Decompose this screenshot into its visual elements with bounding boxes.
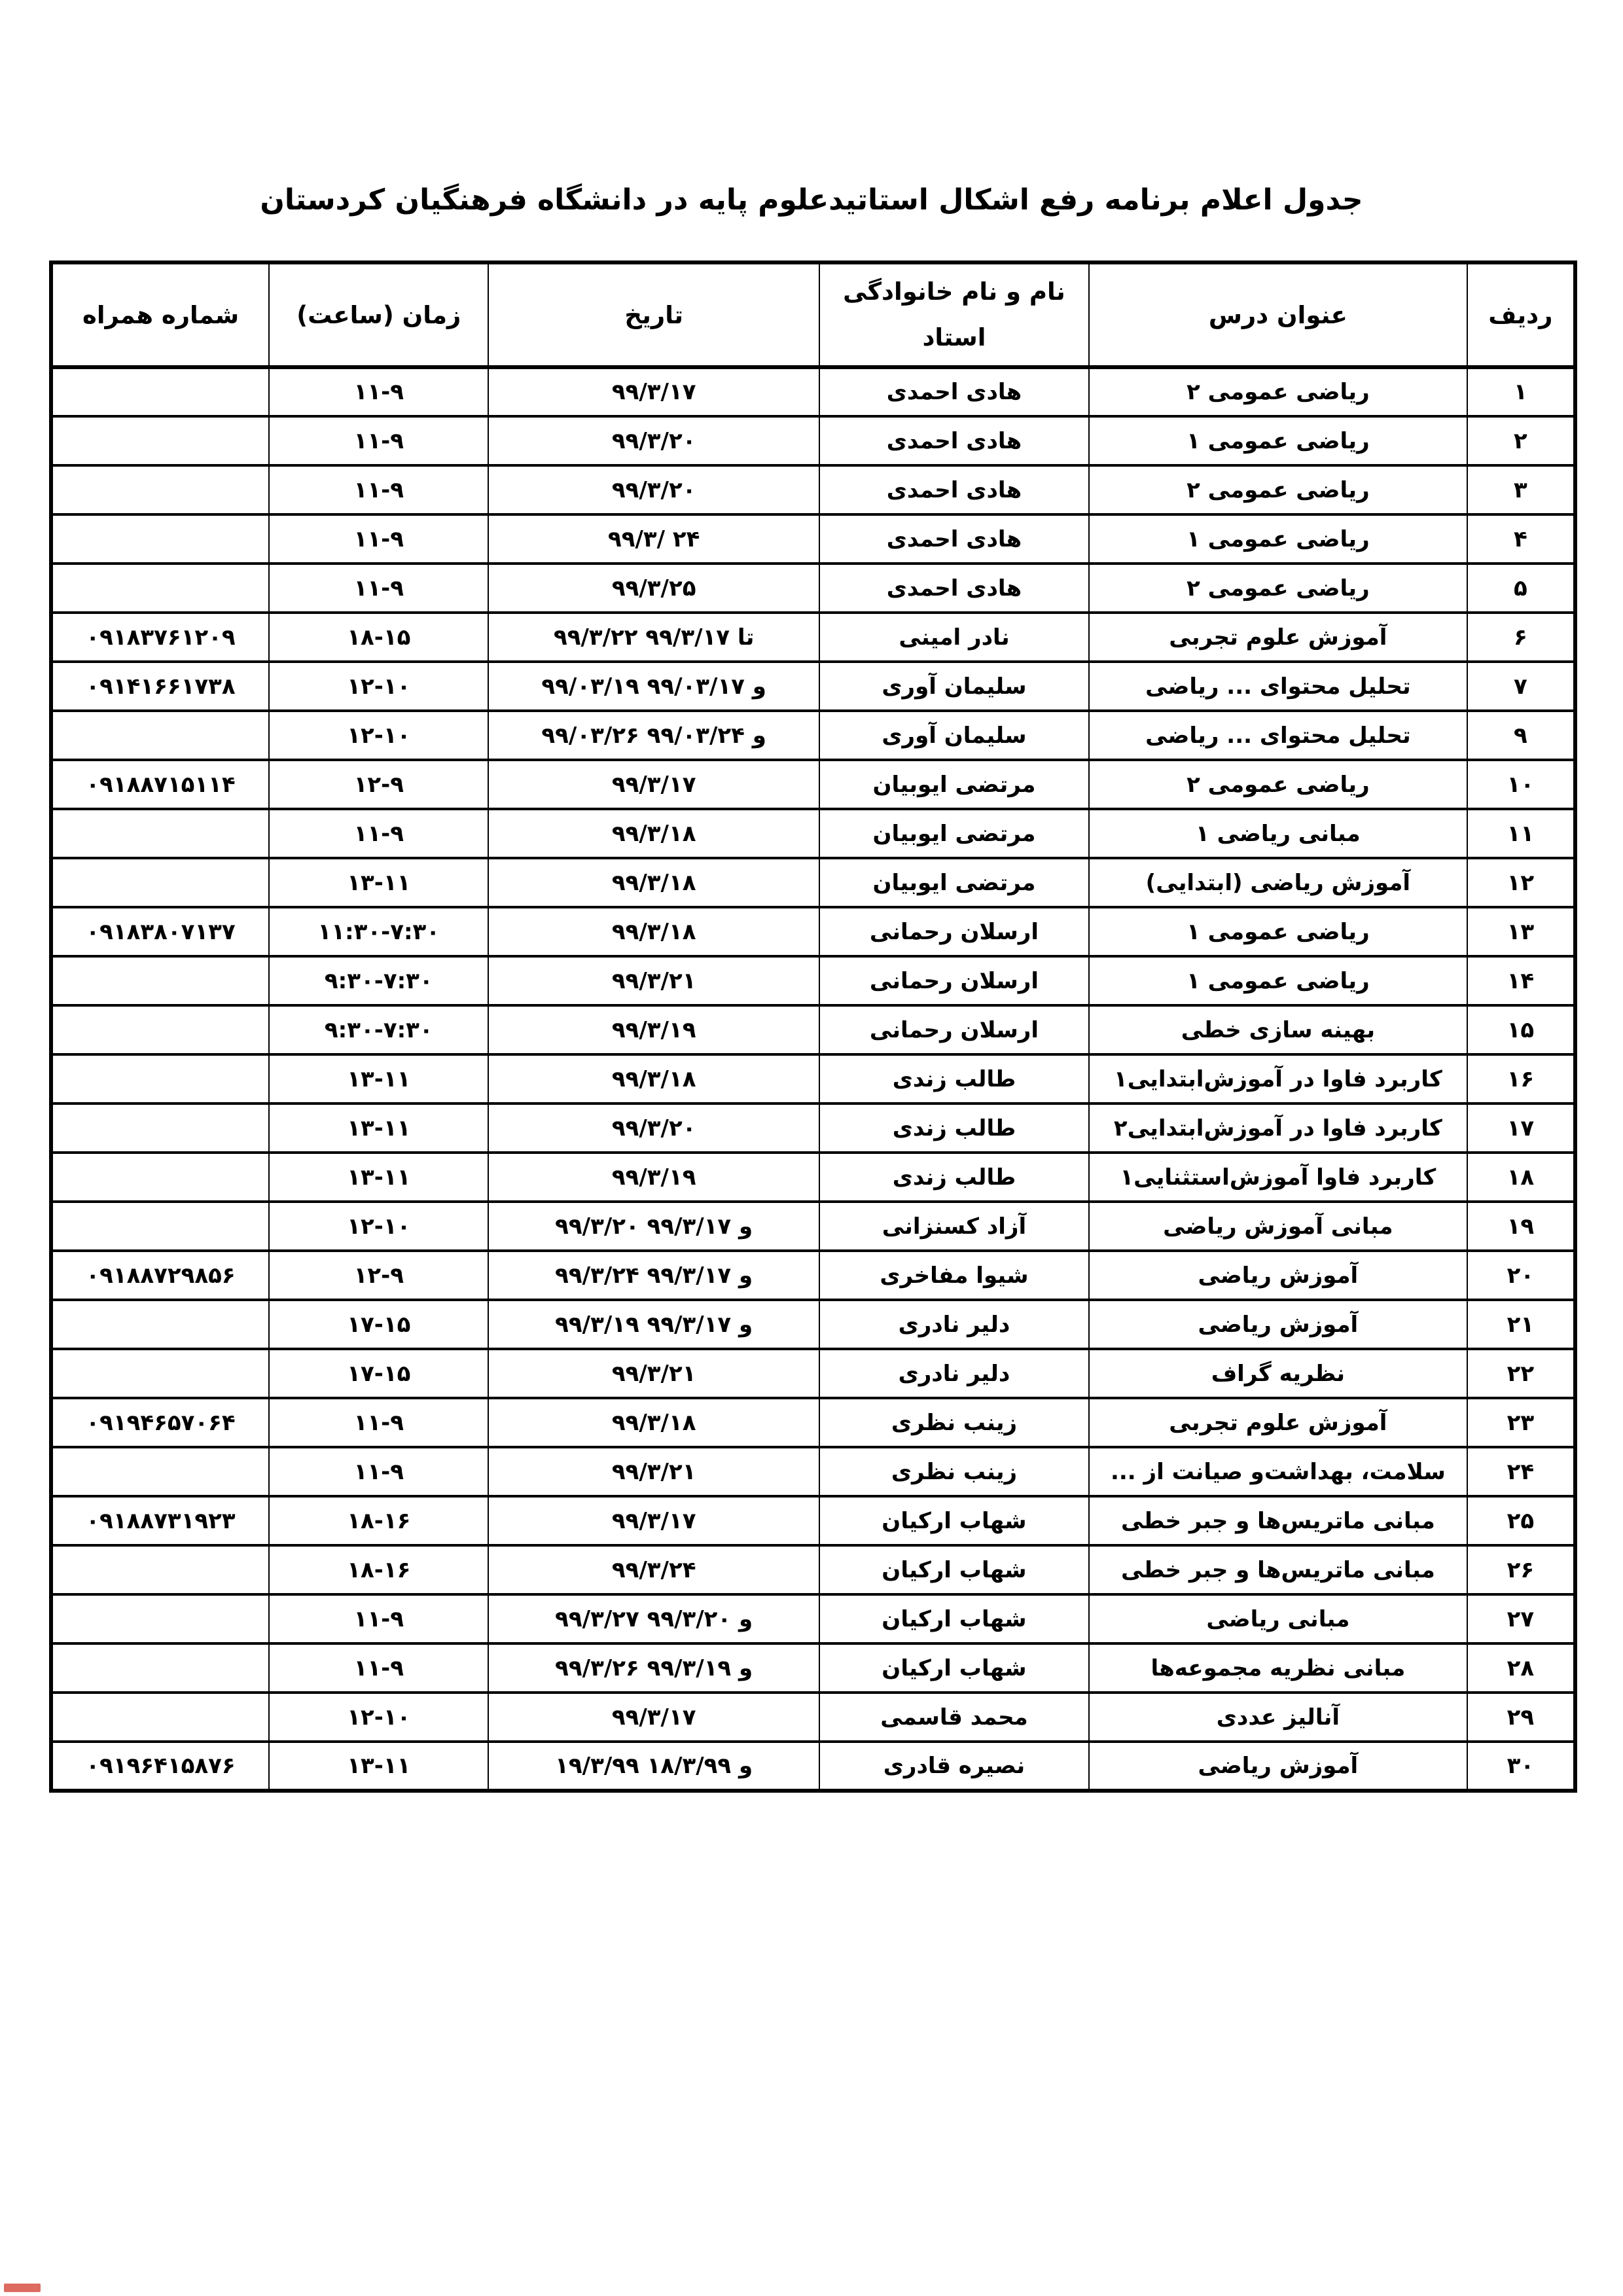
course-title-cell: آموزش ریاضی (1089, 1251, 1467, 1300)
table-row: ۲۷ مبانی ریاضی شهاب ارکیان ۹۹/۳/۲۷ و ۹۹/… (51, 1594, 1575, 1643)
professor-name-cell: شهاب ارکیان (819, 1594, 1089, 1643)
row-number-cell: ۲۵ (1467, 1496, 1575, 1545)
course-title-cell: آموزش علوم تجربی (1089, 1398, 1467, 1447)
date-cell: ۹۹/۳/۲۰ (488, 1103, 819, 1153)
col-header-professor-line2: استاد (825, 315, 1083, 361)
time-cell: ۱۲-۱۰ (269, 1202, 488, 1251)
time-cell: ۱۱-۹ (269, 367, 488, 416)
course-title-cell: کاربرد فاوا آموزش‌استثنایی۱ (1089, 1153, 1467, 1202)
phone-number-cell: ۰۹۱۸۳۷۶۱۲۰۹ (51, 613, 269, 662)
time-cell: ۱۳-۱۱ (269, 1153, 488, 1202)
professor-name-cell: نادر امینی (819, 613, 1089, 662)
phone-number-cell (51, 1693, 269, 1742)
table-row: ۲۵ مبانی ماتریس‌ها و جبر خطی شهاب ارکیان… (51, 1496, 1575, 1545)
table-row: ۹ تحلیل محتوای ... ریاضی سلیمان آوری ۹۹/… (51, 711, 1575, 760)
row-number-cell: ۲۱ (1467, 1300, 1575, 1349)
date-cell: ۹۹/۳/۲۴ (488, 1545, 819, 1594)
col-header-row-number: ردیف (1467, 262, 1575, 367)
row-number-cell: ۲۴ (1467, 1447, 1575, 1496)
date-cell: ۹۹/۳/۲۴ و ۹۹/۳/۱۷ (488, 1251, 819, 1300)
professor-name-cell: هادی احمدی (819, 564, 1089, 613)
col-header-time: زمان (ساعت) (269, 262, 488, 367)
watermark (4, 2284, 41, 2292)
table-row: ۲۲ نظریه گراف دلیر نادری ۹۹/۳/۲۱ ۱۷-۱۵ (51, 1349, 1575, 1398)
table-row: ۱۹ مبانی آموزش ریاضی آزاد کسنزانی ۹۹/۳/۲… (51, 1202, 1575, 1251)
time-cell: ۹:۳۰-۷:۳۰ (269, 1005, 488, 1054)
course-title-cell: تحلیل محتوای ... ریاضی (1089, 711, 1467, 760)
time-cell: ۱۷-۱۵ (269, 1300, 488, 1349)
row-number-cell: ۲۷ (1467, 1594, 1575, 1643)
table-row: ۱۶ کاربرد فاوا در آموزش‌ابتدایی۱ طالب زن… (51, 1054, 1575, 1103)
table-row: ۲۳ آموزش علوم تجربی زینب نظری ۹۹/۳/۱۸ ۱۱… (51, 1398, 1575, 1447)
phone-number-cell: ۰۹۱۸۳۸۰۷۱۳۷ (51, 907, 269, 956)
phone-number-cell: ۰۹۱۹۴۶۵۷۰۶۴ (51, 1398, 269, 1447)
row-number-cell: ۲۹ (1467, 1693, 1575, 1742)
date-cell: ۹۹/۳/۲۷ و ۹۹/۳/۲۰ (488, 1594, 819, 1643)
date-cell: ۹۹/۳/۱۸ (488, 858, 819, 907)
professor-name-cell: طالب زندی (819, 1103, 1089, 1153)
date-cell: ۹۹/۰۳/۲۶ و ۹۹/۰۳/۲۴ (488, 711, 819, 760)
schedule-table: ردیف عنوان درس نام و نام خانوادگی استاد … (49, 260, 1577, 1793)
date-cell: ۹۹/۳/۲۵ (488, 564, 819, 613)
date-cell: ۹۹/۳/۱۹ (488, 1153, 819, 1202)
time-cell: ۱۸-۱۶ (269, 1496, 488, 1545)
row-number-cell: ۱۷ (1467, 1103, 1575, 1153)
time-cell: ۱۳-۱۱ (269, 1103, 488, 1153)
date-cell: ۹۹/۳/۱۸ (488, 1398, 819, 1447)
professor-name-cell: هادی احمدی (819, 514, 1089, 564)
professor-name-cell: زینب نظری (819, 1398, 1089, 1447)
row-number-cell: ۳ (1467, 465, 1575, 514)
phone-number-cell: ۰۹۱۸۸۷۳۱۹۲۳ (51, 1496, 269, 1545)
date-cell: ۹۹/۳/ ۲۴ (488, 514, 819, 564)
table-row: ۳ ریاضی عمومی ۲ هادی احمدی ۹۹/۳/۲۰ ۱۱-۹ (51, 465, 1575, 514)
time-cell: ۱۲-۱۰ (269, 711, 488, 760)
phone-number-cell (51, 1054, 269, 1103)
professor-name-cell: طالب زندی (819, 1054, 1089, 1103)
course-title-cell: آموزش علوم تجربی (1089, 613, 1467, 662)
professor-name-cell: مرتضی ایوبیان (819, 858, 1089, 907)
professor-name-cell: دلیر نادری (819, 1349, 1089, 1398)
date-cell: ۱۹/۳/۹۹ و ۱۸/۳/۹۹ (488, 1742, 819, 1791)
course-title-cell: آموزش ریاضی (1089, 1742, 1467, 1791)
time-cell: ۱۱:۳۰-۷:۳۰ (269, 907, 488, 956)
row-number-cell: ۱ (1467, 367, 1575, 416)
table-row: ۶ آموزش علوم تجربی نادر امینی ۹۹/۳/۲۲ تا… (51, 613, 1575, 662)
table-row: ۴ ریاضی عمومی ۱ هادی احمدی ۹۹/۳/ ۲۴ ۱۱-۹ (51, 514, 1575, 564)
table-row: ۲۱ آموزش ریاضی دلیر نادری ۹۹/۳/۱۹ و ۹۹/۳… (51, 1300, 1575, 1349)
row-number-cell: ۲۸ (1467, 1643, 1575, 1693)
phone-number-cell (51, 367, 269, 416)
page-title: جدول اعلام برنامه رفع اشکال استاتیدعلوم … (0, 183, 1623, 217)
course-title-cell: ریاضی عمومی ۱ (1089, 416, 1467, 465)
table-row: ۱۴ ریاضی عمومی ۱ ارسلان رحمانی ۹۹/۳/۲۱ ۹… (51, 956, 1575, 1005)
phone-number-cell (51, 956, 269, 1005)
date-cell: ۹۹/۳/۱۹ (488, 1005, 819, 1054)
professor-name-cell: آزاد کسنزانی (819, 1202, 1089, 1251)
professor-name-cell: هادی احمدی (819, 367, 1089, 416)
row-number-cell: ۹ (1467, 711, 1575, 760)
course-title-cell: مبانی نظریه مجموعه‌ها (1089, 1643, 1467, 1693)
professor-name-cell: هادی احمدی (819, 465, 1089, 514)
phone-number-cell (51, 1349, 269, 1398)
table-row: ۱۲ آموزش ریاضی (ابتدایی) مرتضی ایوبیان ۹… (51, 858, 1575, 907)
course-title-cell: ریاضی عمومی ۲ (1089, 465, 1467, 514)
time-cell: ۱۱-۹ (269, 1447, 488, 1496)
course-title-cell: بهینه سازی خطی (1089, 1005, 1467, 1054)
professor-name-cell: شهاب ارکیان (819, 1496, 1089, 1545)
row-number-cell: ۴ (1467, 514, 1575, 564)
time-cell: ۱۲-۹ (269, 1251, 488, 1300)
table-row: ۳۰ آموزش ریاضی نصیره قادری ۱۹/۳/۹۹ و ۱۸/… (51, 1742, 1575, 1791)
table-row: ۱ ریاضی عمومی ۲ هادی احمدی ۹۹/۳/۱۷ ۱۱-۹ (51, 367, 1575, 416)
date-cell: ۹۹/۳/۱۹ و ۹۹/۳/۱۷ (488, 1300, 819, 1349)
phone-number-cell (51, 416, 269, 465)
time-cell: ۱۸-۱۶ (269, 1545, 488, 1594)
time-cell: ۹:۳۰-۷:۳۰ (269, 956, 488, 1005)
phone-number-cell (51, 858, 269, 907)
professor-name-cell: زینب نظری (819, 1447, 1089, 1496)
time-cell: ۱۳-۱۱ (269, 1054, 488, 1103)
time-cell: ۱۱-۹ (269, 416, 488, 465)
time-cell: ۱۳-۱۱ (269, 1742, 488, 1791)
professor-name-cell: مرتضی ایوبیان (819, 809, 1089, 858)
row-number-cell: ۱۸ (1467, 1153, 1575, 1202)
phone-number-cell (51, 1153, 269, 1202)
phone-number-cell (51, 1643, 269, 1693)
professor-name-cell: طالب زندی (819, 1153, 1089, 1202)
time-cell: ۱۱-۹ (269, 809, 488, 858)
row-number-cell: ۲۶ (1467, 1545, 1575, 1594)
phone-number-cell (51, 465, 269, 514)
phone-number-cell (51, 1202, 269, 1251)
table-row: ۲ ریاضی عمومی ۱ هادی احمدی ۹۹/۳/۲۰ ۱۱-۹ (51, 416, 1575, 465)
date-cell: ۹۹/۳/۲۲ تا ۹۹/۳/۱۷ (488, 613, 819, 662)
course-title-cell: تحلیل محتوای ... ریاضی (1089, 662, 1467, 711)
table-row: ۱۱ مبانی ریاضی ۱ مرتضی ایوبیان ۹۹/۳/۱۸ ۱… (51, 809, 1575, 858)
phone-number-cell: ۰۹۱۴۱۶۶۱۷۳۸ (51, 662, 269, 711)
row-number-cell: ۳۰ (1467, 1742, 1575, 1791)
professor-name-cell: شهاب ارکیان (819, 1545, 1089, 1594)
course-title-cell: آموزش ریاضی (1089, 1300, 1467, 1349)
phone-number-cell (51, 1594, 269, 1643)
phone-number-cell (51, 1005, 269, 1054)
date-cell: ۹۹/۳/۱۷ (488, 1496, 819, 1545)
row-number-cell: ۱۶ (1467, 1054, 1575, 1103)
course-title-cell: ریاضی عمومی ۲ (1089, 760, 1467, 809)
phone-number-cell (51, 809, 269, 858)
table-row: ۲۹ آنالیز عددی محمد قاسمی ۹۹/۳/۱۷ ۱۲-۱۰ (51, 1693, 1575, 1742)
phone-number-cell: ۰۹۱۸۸۷۲۹۸۵۶ (51, 1251, 269, 1300)
time-cell: ۱۱-۹ (269, 564, 488, 613)
course-title-cell: نظریه گراف (1089, 1349, 1467, 1398)
course-title-cell: مبانی ماتریس‌ها و جبر خطی (1089, 1545, 1467, 1594)
phone-number-cell (51, 1447, 269, 1496)
row-number-cell: ۵ (1467, 564, 1575, 613)
phone-number-cell (51, 564, 269, 613)
row-number-cell: ۲ (1467, 416, 1575, 465)
course-title-cell: ریاضی عمومی ۱ (1089, 514, 1467, 564)
professor-name-cell: ارسلان رحمانی (819, 1005, 1089, 1054)
date-cell: ۹۹/۳/۲۶ و ۹۹/۳/۱۹ (488, 1643, 819, 1693)
date-cell: ۹۹/۳/۲۱ (488, 1349, 819, 1398)
table-row: ۲۰ آموزش ریاضی شیوا مفاخری ۹۹/۳/۲۴ و ۹۹/… (51, 1251, 1575, 1300)
col-header-professor: نام و نام خانوادگی استاد (819, 262, 1089, 367)
phone-number-cell (51, 1103, 269, 1153)
professor-name-cell: سلیمان آوری (819, 662, 1089, 711)
row-number-cell: ۲۲ (1467, 1349, 1575, 1398)
professor-name-cell: دلیر نادری (819, 1300, 1089, 1349)
time-cell: ۱۳-۱۱ (269, 858, 488, 907)
phone-number-cell (51, 514, 269, 564)
table-row: ۵ ریاضی عمومی ۲ هادی احمدی ۹۹/۳/۲۵ ۱۱-۹ (51, 564, 1575, 613)
table-row: ۷ تحلیل محتوای ... ریاضی سلیمان آوری ۹۹/… (51, 662, 1575, 711)
time-cell: ۱۲-۱۰ (269, 662, 488, 711)
course-title-cell: ریاضی عمومی ۱ (1089, 956, 1467, 1005)
date-cell: ۹۹/۳/۱۸ (488, 809, 819, 858)
time-cell: ۱۷-۱۵ (269, 1349, 488, 1398)
date-cell: ۹۹/۰۳/۱۹ و ۹۹/۰۳/۱۷ (488, 662, 819, 711)
course-title-cell: آموزش ریاضی (ابتدایی) (1089, 858, 1467, 907)
table-row: ۱۳ ریاضی عمومی ۱ ارسلان رحمانی ۹۹/۳/۱۸ ۱… (51, 907, 1575, 956)
time-cell: ۱۲-۱۰ (269, 1693, 488, 1742)
phone-number-cell (51, 711, 269, 760)
course-title-cell: کاربرد فاوا در آموزش‌ابتدایی۲ (1089, 1103, 1467, 1153)
table-row: ۱۵ بهینه سازی خطی ارسلان رحمانی ۹۹/۳/۱۹ … (51, 1005, 1575, 1054)
course-title-cell: مبانی ریاضی (1089, 1594, 1467, 1643)
row-number-cell: ۲۰ (1467, 1251, 1575, 1300)
phone-number-cell (51, 1545, 269, 1594)
date-cell: ۹۹/۳/۲۰ و ۹۹/۳/۱۷ (488, 1202, 819, 1251)
table-row: ۲۴ سلامت، بهداشت‌و صیانت از ... زینب نظر… (51, 1447, 1575, 1496)
date-cell: ۹۹/۳/۱۷ (488, 1693, 819, 1742)
time-cell: ۱۱-۹ (269, 1398, 488, 1447)
row-number-cell: ۱۱ (1467, 809, 1575, 858)
course-title-cell: ریاضی عمومی ۲ (1089, 367, 1467, 416)
time-cell: ۱۸-۱۵ (269, 613, 488, 662)
row-number-cell: ۷ (1467, 662, 1575, 711)
course-title-cell: ریاضی عمومی ۱ (1089, 907, 1467, 956)
time-cell: ۱۱-۹ (269, 465, 488, 514)
col-header-date: تاریخ (488, 262, 819, 367)
professor-name-cell: شهاب ارکیان (819, 1643, 1089, 1693)
date-cell: ۹۹/۳/۲۰ (488, 465, 819, 514)
time-cell: ۱۲-۹ (269, 760, 488, 809)
time-cell: ۱۱-۹ (269, 1594, 488, 1643)
row-number-cell: ۱۹ (1467, 1202, 1575, 1251)
course-title-cell: سلامت، بهداشت‌و صیانت از ... (1089, 1447, 1467, 1496)
table-row: ۱۰ ریاضی عمومی ۲ مرتضی ایوبیان ۹۹/۳/۱۷ ۱… (51, 760, 1575, 809)
date-cell: ۹۹/۳/۲۱ (488, 956, 819, 1005)
professor-name-cell: هادی احمدی (819, 416, 1089, 465)
professor-name-cell: ارسلان رحمانی (819, 907, 1089, 956)
phone-number-cell (51, 1300, 269, 1349)
course-title-cell: کاربرد فاوا در آموزش‌ابتدایی۱ (1089, 1054, 1467, 1103)
table-row: ۲۸ مبانی نظریه مجموعه‌ها شهاب ارکیان ۹۹/… (51, 1643, 1575, 1693)
professor-name-cell: ارسلان رحمانی (819, 956, 1089, 1005)
phone-number-cell: ۰۹۱۹۶۴۱۵۸۷۶ (51, 1742, 269, 1791)
time-cell: ۱۱-۹ (269, 514, 488, 564)
table-row: ۱۷ کاربرد فاوا در آموزش‌ابتدایی۲ طالب زن… (51, 1103, 1575, 1153)
row-number-cell: ۱۵ (1467, 1005, 1575, 1054)
professor-name-cell: نصیره قادری (819, 1742, 1089, 1791)
table-row: ۲۶ مبانی ماتریس‌ها و جبر خطی شهاب ارکیان… (51, 1545, 1575, 1594)
date-cell: ۹۹/۳/۱۷ (488, 367, 819, 416)
row-number-cell: ۶ (1467, 613, 1575, 662)
date-cell: ۹۹/۳/۱۷ (488, 760, 819, 809)
header-row: ردیف عنوان درس نام و نام خانوادگی استاد … (51, 262, 1575, 367)
date-cell: ۹۹/۳/۱۸ (488, 1054, 819, 1103)
row-number-cell: ۱۳ (1467, 907, 1575, 956)
phone-number-cell: ۰۹۱۸۸۷۱۵۱۱۴ (51, 760, 269, 809)
time-cell: ۱۱-۹ (269, 1643, 488, 1693)
row-number-cell: ۲۳ (1467, 1398, 1575, 1447)
professor-name-cell: محمد قاسمی (819, 1693, 1089, 1742)
professor-name-cell: سلیمان آوری (819, 711, 1089, 760)
course-title-cell: ریاضی عمومی ۲ (1089, 564, 1467, 613)
date-cell: ۹۹/۳/۲۰ (488, 416, 819, 465)
professor-name-cell: شیوا مفاخری (819, 1251, 1089, 1300)
col-header-phone: شماره همراه (51, 262, 269, 367)
course-title-cell: مبانی ریاضی ۱ (1089, 809, 1467, 858)
col-header-course: عنوان درس (1089, 262, 1467, 367)
course-title-cell: آنالیز عددی (1089, 1693, 1467, 1742)
row-number-cell: ۱۴ (1467, 956, 1575, 1005)
col-header-professor-line1: نام و نام خانوادگی (825, 269, 1083, 315)
course-title-cell: مبانی ماتریس‌ها و جبر خطی (1089, 1496, 1467, 1545)
date-cell: ۹۹/۳/۱۸ (488, 907, 819, 956)
row-number-cell: ۱۰ (1467, 760, 1575, 809)
course-title-cell: مبانی آموزش ریاضی (1089, 1202, 1467, 1251)
date-cell: ۹۹/۳/۲۱ (488, 1447, 819, 1496)
table-row: ۱۸ کاربرد فاوا آموزش‌استثنایی۱ طالب زندی… (51, 1153, 1575, 1202)
professor-name-cell: مرتضی ایوبیان (819, 760, 1089, 809)
row-number-cell: ۱۲ (1467, 858, 1575, 907)
